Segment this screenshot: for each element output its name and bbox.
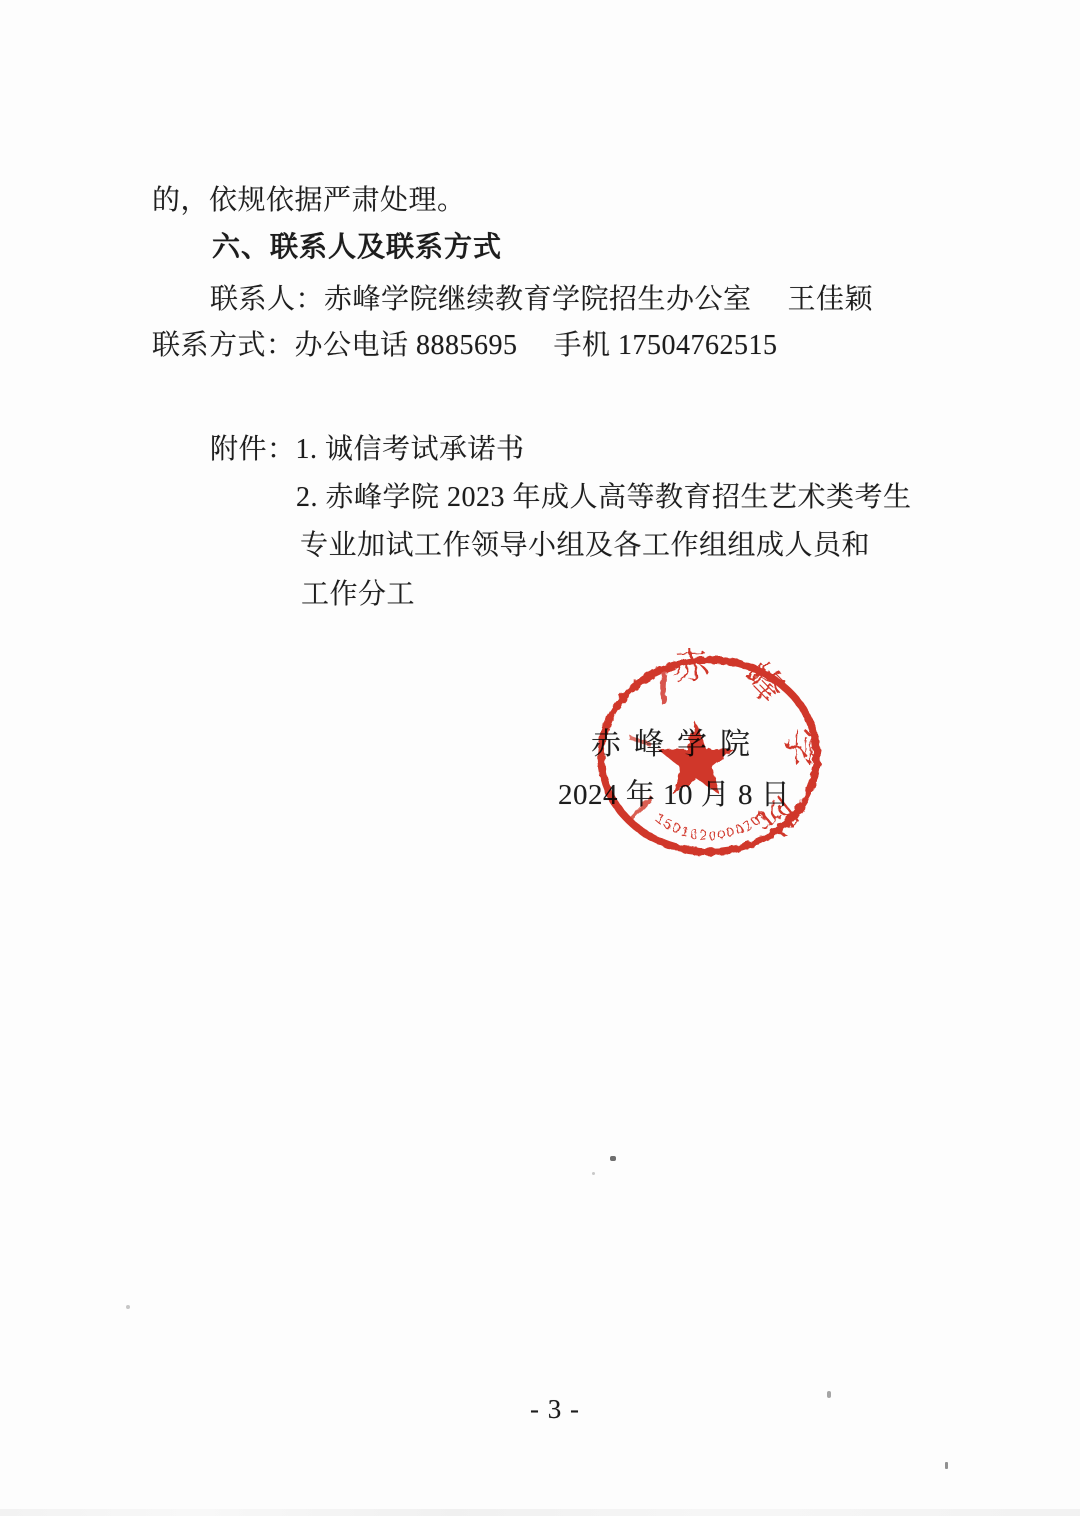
seal-smudge-stroke-2 xyxy=(627,797,652,823)
contact-method-line: 联系方式：办公电话 8885695 手机 17504762515 xyxy=(152,330,778,362)
scan-speck-2 xyxy=(592,1172,595,1175)
official-seal: 赤峰学院 1501020000209 xyxy=(593,648,833,863)
seal-smudge-stroke-1 xyxy=(663,668,665,704)
seal-smudge-stroke-3 xyxy=(629,737,651,745)
contact-person-line: 联系人：赤峰学院继续教育学院招生办公室 王佳颖 xyxy=(210,284,873,316)
scan-speck-3 xyxy=(827,1391,831,1398)
document-page: 的，依规依据严肃处理。 六、联系人及联系方式 联系人：赤峰学院继续教育学院招生办… xyxy=(0,0,1080,1516)
attachment-item-2-line-3: 工作分工 xyxy=(301,579,415,611)
scan-speck-1 xyxy=(610,1156,616,1161)
bottom-scan-edge xyxy=(0,1509,1080,1516)
closing-line: 的，依规依据严肃处理。 xyxy=(152,185,466,217)
scan-speck-4 xyxy=(126,1305,130,1309)
scan-speck-5 xyxy=(945,1462,948,1469)
attachment-item-2-line-2: 专业加试工作领导小组及各工作组组成人员和 xyxy=(300,530,870,562)
seal-star-icon xyxy=(658,722,734,794)
attachment-item-1-line: 附件：1. 诚信考试承诺书 xyxy=(210,434,525,466)
attachment-item-2-line-1: 2. 赤峰学院 2023 年成人高等教育招生艺术类考生 xyxy=(296,482,912,514)
page-number: - 3 - xyxy=(505,1394,605,1425)
section-heading: 六、联系人及联系方式 xyxy=(212,232,502,264)
